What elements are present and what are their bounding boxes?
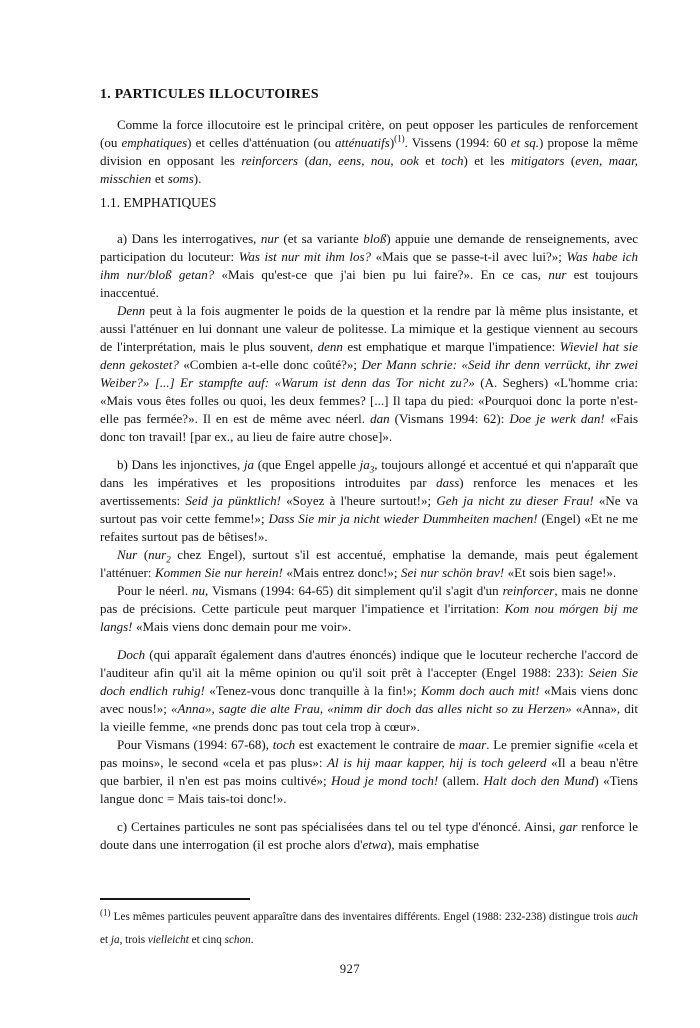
paragraph-b: b) Dans les injonctives, ja (que Engel a… [100, 456, 638, 546]
paragraph-denn: Denn peut à la fois augmenter le poids d… [100, 302, 638, 446]
paragraph-a: a) Dans les interrogatives, nur (et sa v… [100, 230, 638, 302]
subsection-heading: 1.1. EMPHATIQUES [100, 194, 638, 212]
intro-paragraph: Comme la force illocutoire est le princi… [100, 116, 638, 188]
paragraph-c: c) Certaines particules ne sont pas spéc… [100, 818, 638, 854]
page-number: 927 [0, 962, 700, 977]
text-blocks: 1. PARTICULES ILLOCUTOIRESComme la force… [100, 86, 638, 854]
footnote-area: (1) Les mêmes particules peuvent apparaî… [100, 898, 638, 952]
title-heading: 1. PARTICULES ILLOCUTOIRES [100, 86, 638, 102]
footnote-divider [100, 898, 250, 900]
footnote-text: (1) Les mêmes particules peuvent apparaî… [100, 906, 638, 952]
document-page: 1. PARTICULES ILLOCUTOIRESComme la force… [0, 0, 700, 1028]
paragraph-doch: Doch (qui apparaît également dans d'autr… [100, 646, 638, 736]
paragraph-nu: Pour le néerl. nu, Vismans (1994: 64-65)… [100, 582, 638, 636]
paragraph-nur: Nur (nur2 chez Engel), surtout s'il est … [100, 546, 638, 582]
paragraph-toch: Pour Vismans (1994: 67-68), toch est exa… [100, 736, 638, 808]
